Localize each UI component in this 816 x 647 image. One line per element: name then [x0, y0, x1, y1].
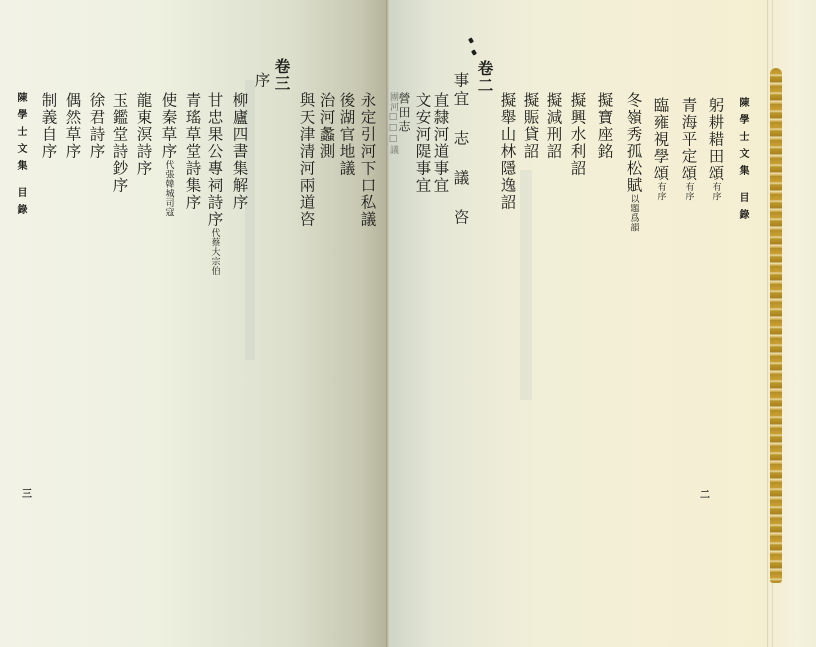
- toc-entry[interactable]: 文安河隄事宜: [414, 92, 430, 194]
- entry-title: 擬寶座銘: [596, 92, 614, 160]
- toc-entry[interactable]: 治河蠡測: [318, 92, 334, 160]
- toc-entry[interactable]: 偶然草序: [64, 92, 80, 160]
- toc-entry-faint[interactable]: 團河□□□議: [388, 92, 397, 155]
- entry-title: 柳廬四書集解序: [231, 92, 249, 211]
- section-label-left: 目錄: [15, 187, 25, 221]
- entry-note: 有序: [656, 182, 666, 201]
- book-spread: 陳學士文集 目錄 躬耕耤田頌有序 青海平定頌有序 臨雍視學頌有序 冬嶺秀孤松賦以…: [0, 0, 816, 647]
- toc-entry[interactable]: 徐君詩序: [88, 92, 104, 160]
- entry-title: 臨雍視學頌: [652, 97, 670, 182]
- page-edge-line: [767, 0, 768, 647]
- toc-entry[interactable]: 後湖官地議: [338, 92, 354, 177]
- toc-entry[interactable]: 使秦草序代張韓城司寇: [160, 92, 176, 217]
- toc-entry[interactable]: 擬興水利詔: [569, 92, 585, 177]
- gold-ornamental-border: [770, 68, 782, 583]
- entry-title: 青海平定頌: [680, 97, 698, 182]
- entry-title: 擬賑貸詔: [522, 92, 540, 160]
- toc-entry[interactable]: 營田志: [398, 92, 410, 134]
- entry-title: 擬減刑詔: [545, 92, 563, 160]
- category-heading-3: 序: [253, 72, 269, 89]
- entry-title: 永定引河下口私議: [359, 92, 377, 228]
- entry-note: 有序: [684, 182, 694, 201]
- page-number-right: 二: [700, 486, 710, 501]
- entry-title: 甘忠果公專祠詩序: [206, 92, 224, 228]
- entry-title: 偶然草序: [64, 92, 82, 160]
- entry-title: 擬舉山林隱逸詔: [499, 92, 517, 211]
- entry-title: 冬嶺秀孤松賦: [625, 92, 643, 194]
- toc-entry[interactable]: 龍東溟詩序: [135, 92, 151, 177]
- entry-title: 團河□□□議: [388, 92, 398, 155]
- entry-title: 使秦草序: [160, 92, 178, 160]
- entry-title: 玉鑑堂詩鈔序: [111, 92, 129, 194]
- toc-entry[interactable]: 甘忠果公專祠詩序代蔡大宗伯: [206, 92, 222, 276]
- entry-title: 擬興水利詔: [569, 92, 587, 177]
- toc-entry[interactable]: 直隸河道事宜: [432, 92, 448, 194]
- volume-heading-2: 卷二: [477, 60, 493, 94]
- entry-note: 有序: [711, 182, 721, 201]
- toc-entry[interactable]: 擬舉山林隱逸詔: [499, 92, 515, 211]
- volume-heading-3: 卷三: [274, 58, 290, 92]
- page-number-left: 三: [22, 485, 32, 500]
- entry-note: 代張韓城司寇: [164, 160, 174, 217]
- toc-entry[interactable]: 臨雍視學頌有序: [652, 97, 668, 201]
- running-title-right: 陳學士文集: [737, 97, 747, 182]
- toc-entry[interactable]: 青瑤草堂詩集序: [184, 92, 200, 211]
- section-label-right: 目錄: [737, 192, 747, 226]
- entry-title: 治河蠡測: [318, 92, 336, 160]
- toc-entry[interactable]: 與天津清河兩道咨: [298, 92, 314, 228]
- entry-title: 龍東溟詩序: [135, 92, 153, 177]
- category-heading-2: 事宜 志 議 咨: [452, 72, 468, 228]
- toc-entry[interactable]: 擬賑貸詔: [522, 92, 538, 160]
- toc-entry[interactable]: 擬寶座銘: [596, 92, 612, 160]
- running-title-left: 陳學士文集: [15, 92, 25, 177]
- entry-title: 直隸河道事宜: [432, 92, 450, 194]
- toc-entry[interactable]: 制義自序: [40, 92, 56, 160]
- toc-entry[interactable]: 冬嶺秀孤松賦以題爲韻: [625, 92, 641, 232]
- entry-title: 制義自序: [40, 92, 58, 160]
- toc-entry[interactable]: 擬減刑詔: [545, 92, 561, 160]
- entry-title: 後湖官地議: [338, 92, 356, 177]
- entry-note: 代蔡大宗伯: [210, 228, 220, 276]
- entry-title: 徐君詩序: [88, 92, 106, 160]
- entry-title: 青瑤草堂詩集序: [184, 92, 202, 211]
- entry-title: 與天津清河兩道咨: [298, 92, 316, 228]
- toc-entry[interactable]: 躬耕耤田頌有序: [707, 97, 723, 201]
- bleed-through-mark: [520, 170, 532, 400]
- toc-entry[interactable]: 玉鑑堂詩鈔序: [111, 92, 127, 194]
- toc-entry[interactable]: 柳廬四書集解序: [231, 92, 247, 211]
- entry-note: 以題爲韻: [629, 194, 639, 232]
- entry-title: 營田志: [397, 92, 411, 134]
- toc-entry[interactable]: 永定引河下口私議: [359, 92, 375, 228]
- entry-title: 文安河隄事宜: [414, 92, 432, 194]
- toc-entry[interactable]: 青海平定頌有序: [680, 97, 696, 201]
- entry-title: 躬耕耤田頌: [707, 97, 725, 182]
